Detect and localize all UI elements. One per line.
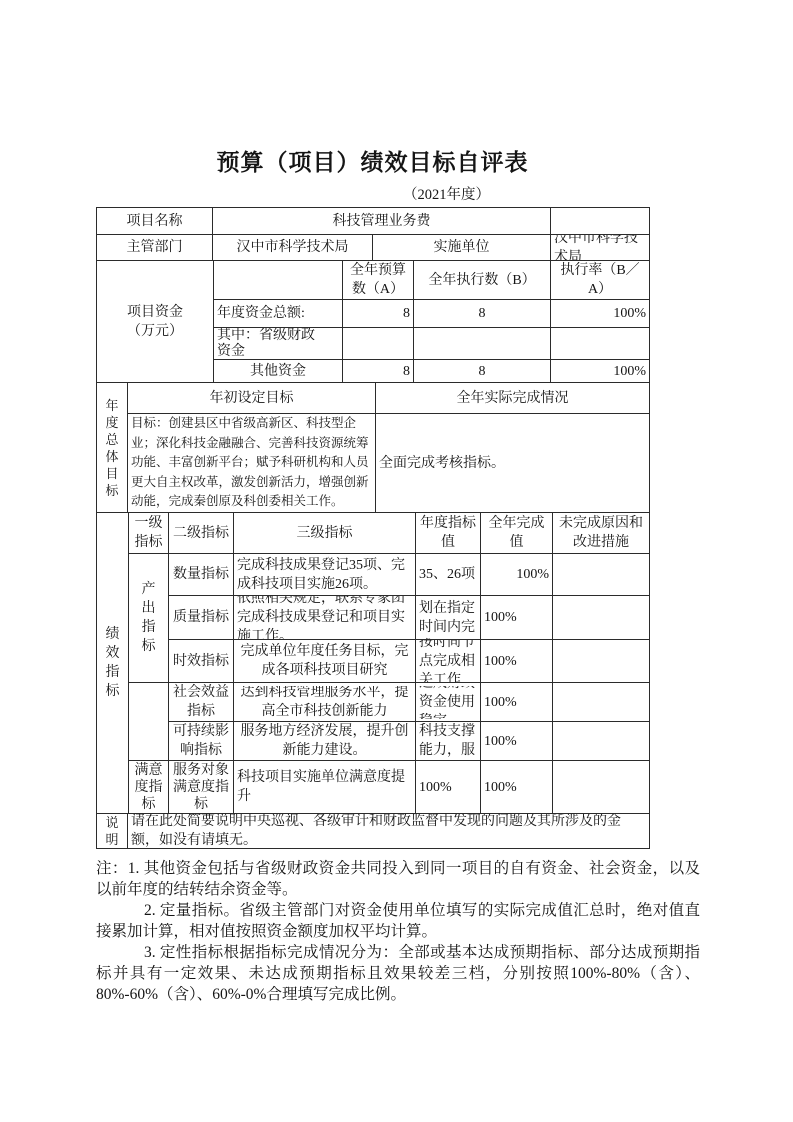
goal-text-cell: 目标：创建县区中省级高新区、科技型企业；深化科技金融融合、完善科技资源统筹功能、… (128, 414, 376, 513)
funding-row-label: 其他资金 (214, 360, 343, 383)
dept-label-cell: 主管部门 (97, 235, 213, 261)
done-value-cell: 100% (481, 761, 553, 814)
funding-exec-value (414, 328, 551, 360)
table-row: 时效指标 完成单位年度任务目标，完成各项科技项目研究 按时间节点完成相关工作 1… (97, 640, 650, 683)
goal-actual-header: 全年实际完成情况 (376, 383, 650, 414)
level3-cell: 服务地方经济发展，提升创新能力建设。 (234, 722, 416, 761)
funding-col-budget-header: 全年预算 数（A） (343, 261, 414, 300)
table-row: 质量指标 依照相关规定，联系专家团完成科技成果登记和项目实施工作。 按规定计划在… (97, 596, 650, 640)
funding-row-label: 年度资金总额: (214, 300, 343, 328)
header-annual-value: 年度指标 值 (416, 513, 481, 554)
level3-cell: 完成科技成果登记35项、完成科技项目实施26项。 (234, 554, 416, 596)
funding-budget-value (343, 328, 414, 360)
remark-label-cell: 说明 (97, 814, 128, 849)
table-row: 目标：创建县区中省级高新区、科技型企业；深化科技金融融合、完善科技资源统筹功能、… (97, 414, 650, 513)
annual-value-cell: 35、26项 (416, 554, 481, 596)
done-value-cell: 100% (481, 683, 553, 722)
funding-header-empty-cell (214, 261, 343, 300)
annual-value-cell: 按规定计划在指定时间内完成 (416, 596, 481, 640)
group-output-label: 产 出 指 标 (129, 554, 169, 683)
funding-budget-value: 8 (343, 300, 414, 328)
footnote-item-2: 2. 定量指标。省级主管部门对资金使用单位填写的实际完成值汇总时，绝对值直接累加… (96, 900, 700, 942)
footnotes: 注：1. 其他资金包括与省级财政资金共同投入到同一项目的自有资金、社会资金，以及… (96, 858, 700, 1005)
header-level1: 一级 指标 (129, 513, 169, 554)
funding-exec-value: 8 (414, 300, 551, 328)
level3-cell: 依照相关规定，联系专家团完成科技成果登记和项目实施工作。 (234, 596, 416, 640)
reason-cell (553, 596, 650, 640)
funding-exec-value: 8 (414, 360, 551, 383)
basic-info-table: 项目名称 科技管理业务费 主管部门 汉中市科学技术局 实施单位 汉中市科学技 术… (96, 207, 650, 261)
level3-text: 服务地方经济发展，提升创新能力建设。 (237, 723, 412, 759)
annual-value-text: 稳步提升科技支撑能力，服务 (419, 723, 477, 759)
level2-cell: 可持续影 响指标 (169, 722, 234, 761)
funding-col-rate-header: 执行率（B／ A） (551, 261, 650, 300)
annual-value-text: 达成财政资金使用稳定 (419, 686, 477, 719)
corner-empty-cell (551, 208, 650, 235)
impl-label-cell: 实施单位 (373, 235, 551, 261)
indicators-side-label: 绩 效 指 标 (97, 513, 129, 814)
reason-cell (553, 554, 650, 596)
funding-rate-value: 100% (551, 360, 650, 383)
funding-budget-value: 8 (343, 360, 414, 383)
level2-cell: 质量指标 (169, 596, 234, 640)
indicators-table: 绩 效 指 标 一级 指标 二级指标 三级指标 年度指标 值 全年完成 值 未完… (96, 512, 650, 814)
annual-value-cell: 100% (416, 761, 481, 814)
annual-value-text: 按时间节点完成相关工作 (419, 640, 477, 682)
funding-rate-value (551, 328, 650, 360)
goal-set-header: 年初设定目标 (128, 383, 376, 414)
project-name-label-cell: 项目名称 (97, 208, 213, 235)
level2-cell: 时效指标 (169, 640, 234, 683)
footnote-item-1: 注：1. 其他资金包括与省级财政资金共同投入到同一项目的自有资金、社会资金，以及… (96, 858, 700, 900)
done-value-cell: 100% (481, 554, 553, 596)
page-title: 预算（项目）绩效目标自评表 (96, 148, 649, 178)
funding-table: 项目资金 （万元） 全年预算 数（A） 全年执行数（B） 执行率（B／ A） 年… (96, 260, 650, 383)
funding-row-label: 其中：省级财政 资金 (214, 328, 343, 360)
footnote-item-3: 3. 定性指标根据指标完成情况分为：全部或基本达成预期指标、部分达成预期指标并具… (96, 942, 700, 1005)
remark-table: 说明 请在此处简要说明中央巡视、各级审计和财政监督中发现的问题及其所涉及的金额，… (96, 813, 650, 849)
done-value-cell: 100% (481, 722, 553, 761)
dept-value-cell: 汉中市科学技术局 (213, 235, 373, 261)
annual-goal-table: 年度 总体 目标 年初设定目标 全年实际完成情况 目标：创建县区中省级高新区、科… (96, 382, 650, 513)
remark-text-cell: 请在此处简要说明中央巡视、各级审计和财政监督中发现的问题及其所涉及的金额，如没有… (128, 814, 650, 849)
table-row: 可持续影 响指标 服务地方经济发展，提升创新能力建设。 稳步提升科技支撑能力，服… (97, 722, 650, 761)
reason-cell (553, 722, 650, 761)
annual-value-cell: 达成财政资金使用稳定 (416, 683, 481, 722)
annual-goal-side-label: 年度 总体 目标 (97, 383, 128, 513)
header-level3: 三级指标 (234, 513, 416, 554)
level3-cell: 科技项目实施单位满意度提升 (234, 761, 416, 814)
group-benefit-label (129, 683, 169, 761)
group-satisfaction-label: 满意 度指 标 (129, 761, 169, 814)
annual-value-text: 按规定计划在指定时间内完成 (419, 596, 477, 639)
reason-cell (553, 683, 650, 722)
funding-rate-value: 100% (551, 300, 650, 328)
level3-cell: 达到科技管理服务水平，提高全市科技创新能力 (234, 683, 416, 722)
remark-text: 请在此处简要说明中央巡视、各级审计和财政监督中发现的问题及其所涉及的金额，如没有… (131, 814, 646, 848)
table-row: 产 出 指 标 数量指标 完成科技成果登记35项、完成科技项目实施26项。 35… (97, 554, 650, 596)
goal-actual-cell: 全面完成考核指标。 (376, 414, 650, 513)
table-row: 社会效益 指标 达到科技管理服务水平，提高全市科技创新能力 达成财政资金使用稳定… (97, 683, 650, 722)
level3-text: 依照相关规定，联系专家团完成科技成果登记和项目实施工作。 (237, 596, 412, 639)
table-row: 年度 总体 目标 年初设定目标 全年实际完成情况 (97, 383, 650, 414)
level2-cell: 社会效益 指标 (169, 683, 234, 722)
annual-value-cell: 稳步提升科技支撑能力，服务 (416, 722, 481, 761)
funding-side-label-cell: 项目资金 （万元） (97, 261, 214, 383)
document-sheet: 预算（项目）绩效目标自评表 （2021年度） 项目名称 科技管理业务费 主管部门… (96, 148, 649, 1005)
impl-value-cell: 汉中市科学技 术局 (551, 235, 650, 261)
table-row: 满意 度指 标 服务对象 满意度指 标 科技项目实施单位满意度提升 100% 1… (97, 761, 650, 814)
done-value-cell: 100% (481, 596, 553, 640)
table-row: 绩 效 指 标 一级 指标 二级指标 三级指标 年度指标 值 全年完成 值 未完… (97, 513, 650, 554)
annual-value-cell: 按时间节点完成相关工作 (416, 640, 481, 683)
header-reason: 未完成原因和 改进措施 (553, 513, 650, 554)
table-row: 项目名称 科技管理业务费 (97, 208, 650, 235)
table-row: 说明 请在此处简要说明中央巡视、各级审计和财政监督中发现的问题及其所涉及的金额，… (97, 814, 650, 849)
funding-col-exec-header: 全年执行数（B） (414, 261, 551, 300)
done-value-cell: 100% (481, 640, 553, 683)
reason-cell (553, 761, 650, 814)
header-done-value: 全年完成 值 (481, 513, 553, 554)
impl-value-text: 汉中市科学技 术局 (554, 235, 646, 260)
header-level2: 二级指标 (169, 513, 234, 554)
level2-cell: 服务对象 满意度指 标 (169, 761, 234, 814)
page-subtitle: （2021年度） (170, 185, 723, 205)
table-row: 主管部门 汉中市科学技术局 实施单位 汉中市科学技 术局 (97, 235, 650, 261)
level3-text: 达到科技管理服务水平，提高全市科技创新能力 (237, 686, 412, 719)
level3-cell: 完成单位年度任务目标，完成各项科技项目研究 (234, 640, 416, 683)
level2-cell: 数量指标 (169, 554, 234, 596)
table-row: 项目资金 （万元） 全年预算 数（A） 全年执行数（B） 执行率（B／ A） (97, 261, 650, 300)
reason-cell (553, 640, 650, 683)
project-name-value-cell: 科技管理业务费 (213, 208, 551, 235)
